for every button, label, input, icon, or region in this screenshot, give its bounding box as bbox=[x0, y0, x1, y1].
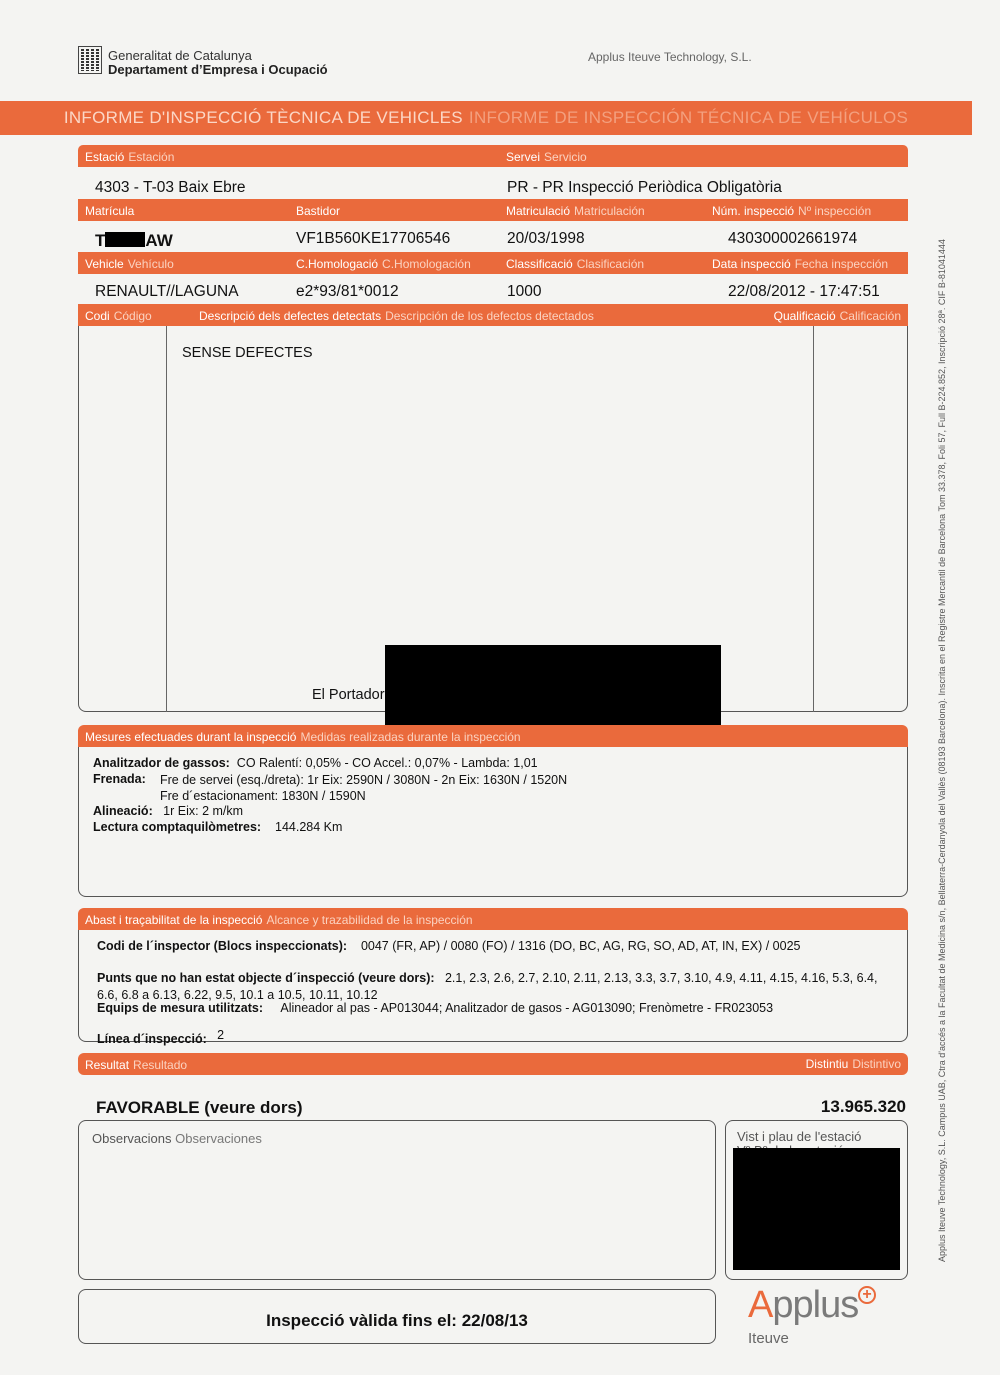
result-label-bar: ResultatResultado DistintiuDistintivo bbox=[78, 1053, 908, 1075]
code-label: CodiCódigo bbox=[85, 309, 152, 323]
inspection-date-label: Data inspeccióFecha inspección bbox=[712, 257, 888, 271]
uninspected-points-cont: 6.6, 6.8 a 6.13, 6.22, 9.5, 10.1 a 10.5,… bbox=[97, 988, 378, 1002]
report-title-ca: INFORME D'INSPECCIÓ TÈCNICA DE VEHICLES bbox=[64, 108, 463, 128]
qualification-label: QualificacióCalificación bbox=[774, 309, 901, 323]
stamp-redaction bbox=[733, 1148, 900, 1270]
scope-label-bar: Abast i traçabilitat de la inspeccióAlca… bbox=[78, 908, 908, 930]
inspection-number-value: 430300002661974 bbox=[728, 230, 857, 248]
service-value: PR - PR Inspecció Periòdica Obligatòria bbox=[507, 179, 782, 197]
issuer-line-1: Generalitat de Catalunya bbox=[108, 48, 252, 63]
service-label: ServeiServicio bbox=[506, 150, 587, 164]
description-label: Descripció dels defectes detectatsDescri… bbox=[199, 309, 594, 323]
alignment: Alineació: 1r Eix: 2 m/km bbox=[93, 804, 243, 818]
station-label: EstacióEstación bbox=[85, 150, 174, 164]
brake-parking-value: Fre d´estacionament: 1830N / 1590N bbox=[160, 789, 366, 803]
result-label: ResultatResultado bbox=[85, 1058, 187, 1072]
validity-box: Inspecció vàlida fins el: 22/08/13 bbox=[78, 1289, 716, 1344]
defects-divider-2 bbox=[813, 326, 814, 712]
scope-label: Abast i traçabilitat de la inspeccióAlca… bbox=[85, 913, 473, 927]
measurements-label-bar: Mesures efectuades durant la inspeccióMe… bbox=[78, 725, 908, 747]
odometer: Lectura comptaquilòmetres: 144.284 Km bbox=[93, 820, 342, 834]
issuer-line-2: Departament d’Empresa i Ocupació bbox=[108, 62, 328, 77]
plate-value: TAW bbox=[95, 231, 173, 251]
bearer-label: El Portador bbox=[312, 687, 385, 703]
homologation-value: e2*93/81*0012 bbox=[296, 283, 399, 301]
result-value: FAVORABLE (veure dors) bbox=[96, 1098, 303, 1118]
registration-date-value: 20/03/1998 bbox=[507, 230, 585, 248]
uninspected-points: Punts que no han estat objecte d´inspecc… bbox=[97, 971, 877, 985]
vehicle-value: RENAULT//LAGUNA bbox=[95, 283, 239, 301]
applus-plus-icon: + bbox=[858, 1286, 876, 1304]
company-name: Applus Iteuve Technology, S.L. bbox=[588, 50, 752, 64]
vehicle-label: VehicleVehículo bbox=[85, 257, 174, 271]
gas-analysis: Analitzador de gassos: CO Ralentí: 0,05%… bbox=[93, 756, 538, 770]
station-approval-label-ca: Vist i plau de l'estació bbox=[737, 1129, 861, 1144]
chassis-value: VF1B560KE17706546 bbox=[296, 230, 450, 248]
station-value: 4303 - T-03 Baix Ebre bbox=[95, 179, 246, 197]
inspection-line: Línea d´inspecció: 2 bbox=[97, 1032, 224, 1046]
inspection-number-label: Núm. inspeccióNº inspección bbox=[712, 204, 871, 218]
badge-number: 13.965.320 bbox=[821, 1097, 906, 1117]
inspector-codes: Codi de l´inspector (Blocs inspeccionats… bbox=[97, 939, 800, 953]
applus-sub: Iteuve bbox=[748, 1330, 789, 1347]
brake-service-value: Fre de servei (esq./dreta): 1r Eix: 2590… bbox=[160, 773, 567, 787]
plate-label-bar: Matrícula Bastidor MatriculacióMatricula… bbox=[78, 199, 908, 221]
report-title-band: INFORME D'INSPECCIÓ TÈCNICA DE VEHICLES … bbox=[0, 101, 972, 135]
badge-label: DistintiuDistintivo bbox=[806, 1057, 901, 1071]
report-title-es: INFORME DE INSPECCIÓN TÉCNICA DE VEHÍCUL… bbox=[469, 108, 908, 128]
classification-label: ClassificacióClasificación bbox=[506, 257, 644, 271]
brake-label: Frenada: bbox=[93, 772, 146, 786]
plate-redaction bbox=[105, 232, 145, 247]
inspection-date-value: 22/08/2012 - 17:47:51 bbox=[728, 283, 880, 301]
classification-value: 1000 bbox=[507, 283, 541, 301]
chassis-label: Bastidor bbox=[296, 204, 340, 218]
applus-logo: Applus bbox=[748, 1284, 858, 1327]
generalitat-logo-icon bbox=[78, 46, 102, 74]
homologation-label: C.HomologacióC.Homologación bbox=[296, 257, 471, 271]
bearer-signature-redaction bbox=[385, 645, 721, 725]
measurements-label: Mesures efectuades durant la inspeccióMe… bbox=[85, 730, 521, 744]
observations-box: Observacions Observaciones bbox=[78, 1120, 716, 1280]
valid-until: Inspecció vàlida fins el: 22/08/13 bbox=[266, 1311, 528, 1331]
station-label-bar: EstacióEstación ServeiServicio bbox=[78, 145, 908, 167]
defects-description: SENSE DEFECTES bbox=[182, 345, 313, 361]
registration-label: MatriculacióMatriculación bbox=[506, 204, 645, 218]
measuring-equipment: Equips de mesura utilitzats: Alineador a… bbox=[97, 1001, 773, 1015]
plate-label: Matrícula bbox=[85, 204, 134, 218]
defects-divider-1 bbox=[166, 326, 167, 712]
observations-label: Observacions Observaciones bbox=[92, 1131, 262, 1146]
side-legal-text: Applus Iteuve Technology, S.L. Campus UA… bbox=[937, 142, 947, 1262]
vehicle-label-bar: VehicleVehículo C.HomologacióC.Homologac… bbox=[78, 252, 908, 274]
defects-label-bar: CodiCódigo Descripció dels defectes dete… bbox=[78, 304, 908, 326]
